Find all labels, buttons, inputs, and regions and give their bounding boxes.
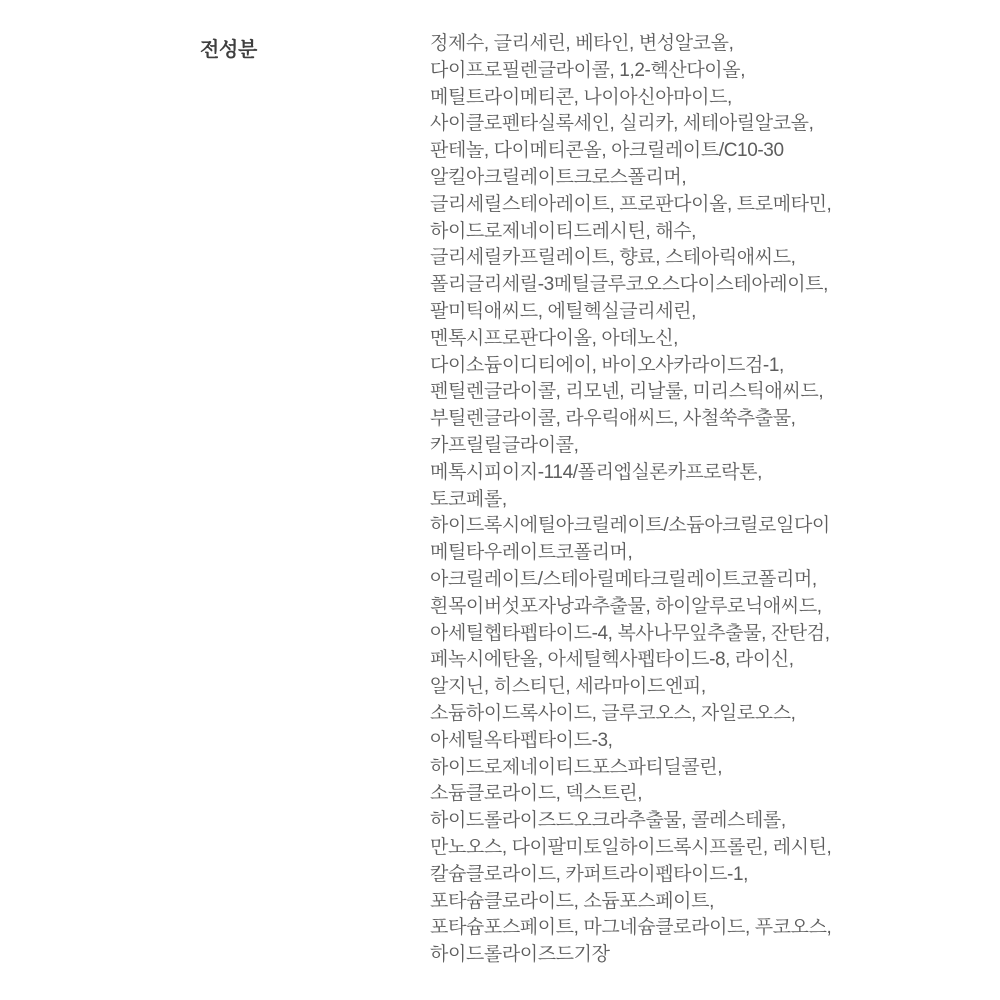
- ingredient-line: 판테놀, 다이메티콘올, 아크릴레이트/C10-30: [430, 138, 990, 165]
- ingredient-line: 아크릴레이트/스테아릴메타크릴레이트코폴리머,: [430, 567, 990, 594]
- ingredient-line: 흰목이버섯포자낭과추출물, 하이알루로닉애씨드,: [430, 594, 990, 621]
- ingredient-line: 멘톡시프로판다이올, 아데노신,: [430, 326, 990, 353]
- ingredient-line: 부틸렌글라이콜, 라우릭애씨드, 사철쑥추출물,: [430, 406, 990, 433]
- ingredient-line: 글리세릴카프릴레이트, 향료, 스테아릭애씨드,: [430, 245, 990, 272]
- ingredient-line: 하이드롤라이즈드오크라추출물, 콜레스테롤,: [430, 808, 990, 835]
- ingredient-line: 포타슘클로라이드, 소듐포스페이트,: [430, 889, 990, 916]
- ingredient-line: 소듐클로라이드, 덱스트린,: [430, 781, 990, 808]
- ingredient-line: 포타슘포스페이트, 마그네슘클로라이드, 푸코오스,: [430, 915, 990, 942]
- ingredient-line: 폴리글리세릴-3메틸글루코오스다이스테아레이트,: [430, 272, 990, 299]
- ingredient-line: 카프릴릴글라이콜,: [430, 433, 990, 460]
- ingredient-line: 만노오스, 다이팔미토일하이드록시프롤린, 레시틴,: [430, 835, 990, 862]
- ingredient-line: 알지닌, 히스티딘, 세라마이드엔피,: [430, 674, 990, 701]
- ingredient-line: 하이드록시에틸아크릴레이트/소듐아크릴로일다이: [430, 513, 990, 540]
- ingredient-line: 다이프로필렌글라이콜, 1,2-헥산다이올,: [430, 58, 990, 85]
- ingredients-list: 정제수, 글리세린, 베타인, 변성알코올,다이프로필렌글라이콜, 1,2-헥산…: [430, 31, 990, 969]
- ingredients-section-label: 전성분: [200, 33, 257, 62]
- ingredient-line: 하이드로제네이티드포스파티딜콜린,: [430, 755, 990, 782]
- ingredient-line: 소듐하이드록사이드, 글루코오스, 자일로오스,: [430, 701, 990, 728]
- ingredient-line: 칼슘클로라이드, 카퍼트라이펩타이드-1,: [430, 862, 990, 889]
- ingredient-line: 토코페롤,: [430, 487, 990, 514]
- ingredient-line: 아세틸옥타펩타이드-3,: [430, 728, 990, 755]
- ingredient-line: 알킬아크릴레이트크로스폴리머,: [430, 165, 990, 192]
- ingredient-line: 페녹시에탄올, 아세틸헥사펩타이드-8, 라이신,: [430, 647, 990, 674]
- ingredient-line: 메틸타우레이트코폴리머,: [430, 540, 990, 567]
- ingredients-page: 전성분 정제수, 글리세린, 베타인, 변성알코올,다이프로필렌글라이콜, 1,…: [0, 0, 1000, 1000]
- ingredient-line: 메틸트라이메티콘, 나이아신아마이드,: [430, 85, 990, 112]
- ingredient-line: 하이드로제네이티드레시틴, 해수,: [430, 219, 990, 246]
- ingredient-line: 하이드롤라이즈드기장: [430, 942, 990, 969]
- ingredient-line: 아세틸헵타펩타이드-4, 복사나무잎추출물, 잔탄검,: [430, 621, 990, 648]
- ingredient-line: 펜틸렌글라이콜, 리모넨, 리날룰, 미리스틱애씨드,: [430, 379, 990, 406]
- ingredient-line: 사이클로펜타실록세인, 실리카, 세테아릴알코올,: [430, 111, 990, 138]
- ingredient-line: 정제수, 글리세린, 베타인, 변성알코올,: [430, 31, 990, 58]
- ingredient-line: 글리세릴스테아레이트, 프로판다이올, 트로메타민,: [430, 192, 990, 219]
- ingredient-line: 다이소듐이디티에이, 바이오사카라이드검-1,: [430, 353, 990, 380]
- ingredient-line: 팔미틱애씨드, 에틸헥실글리세린,: [430, 299, 990, 326]
- ingredient-line: 메톡시피이지-114/폴리엡실론카프로락톤,: [430, 460, 990, 487]
